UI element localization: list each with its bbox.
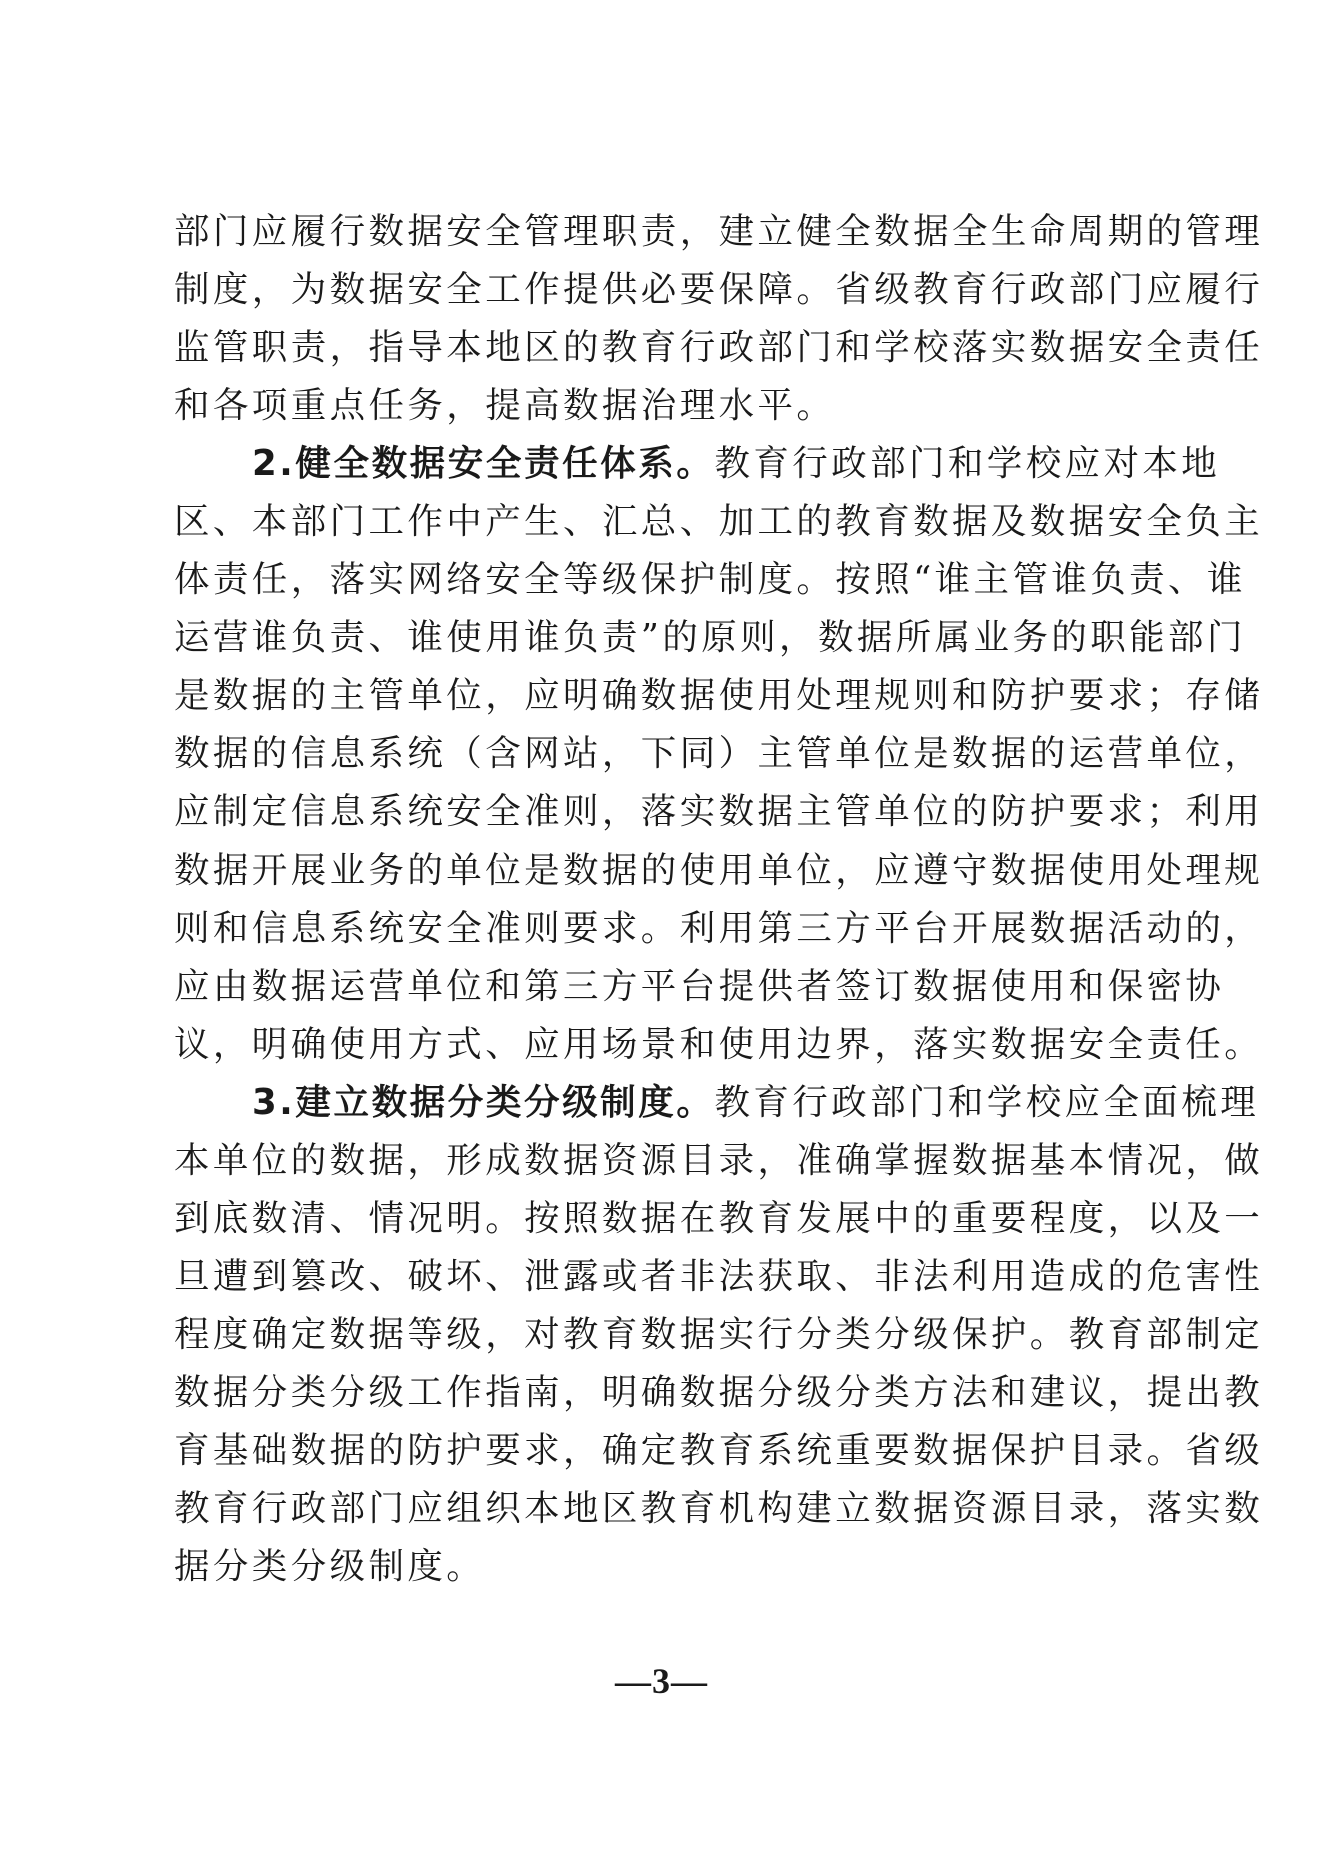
paragraph-line: 本单位的数据，形成数据资源目录，准确掌握数据基本情况，做: [174, 1132, 1164, 1190]
paragraph-line: 教育行政部门应组织本地区教育机构建立数据资源目录，落实数: [174, 1480, 1164, 1538]
paragraph-line: 监管职责，指导本地区的教育行政部门和学校落实数据安全责任: [174, 319, 1164, 377]
paragraph-line: 部门应履行数据安全管理职责，建立健全数据全生命周期的管理: [174, 203, 1164, 261]
section-3-first-line-text: 教育行政部门和学校应全面梳理: [715, 1082, 1260, 1123]
section-3-heading: 3.建立数据分类分级制度。: [252, 1082, 715, 1123]
paragraph-line: 和各项重点任务，提高数据治理水平。: [174, 377, 1164, 435]
document-page: 部门应履行数据安全管理职责，建立健全数据全生命周期的管理 制度，为数据安全工作提…: [0, 0, 1323, 1871]
paragraph-line: 程度确定数据等级，对教育数据实行分类分级保护。教育部制定: [174, 1306, 1164, 1364]
paragraph-line: 运营谁负责、谁使用谁负责”的原则，数据所属业务的职能部门: [174, 609, 1164, 667]
paragraph-line: 区、本部门工作中产生、汇总、加工的教育数据及数据安全负主: [174, 493, 1164, 551]
section-2-heading: 2.健全数据安全责任体系。: [252, 443, 715, 484]
paragraph-line: 育基础数据的防护要求，确定教育系统重要数据保护目录。省级: [174, 1422, 1164, 1480]
paragraph-line: 议，明确使用方式、应用场景和使用边界，落实数据安全责任。: [174, 1016, 1164, 1074]
paragraph-line: 是数据的主管单位，应明确数据使用处理规则和防护要求；存储: [174, 667, 1164, 725]
paragraph-line: 数据的信息系统（含网站，下同）主管单位是数据的运营单位，: [174, 725, 1164, 783]
page-number: —3—: [0, 1660, 1323, 1702]
body-text: 部门应履行数据安全管理职责，建立健全数据全生命周期的管理 制度，为数据安全工作提…: [174, 203, 1164, 1596]
paragraph-line: 旦遭到篡改、破坏、泄露或者非法获取、非法利用造成的危害性: [174, 1248, 1164, 1306]
paragraph-line: 数据分类分级工作指南，明确数据分级分类方法和建议，提出教: [174, 1364, 1164, 1422]
paragraph-line: 数据开展业务的单位是数据的使用单位，应遵守数据使用处理规: [174, 842, 1164, 900]
paragraph-line: 到底数清、情况明。按照数据在教育发展中的重要程度，以及一: [174, 1190, 1164, 1248]
paragraph-line: 体责任，落实网络安全等级保护制度。按照“谁主管谁负责、谁: [174, 551, 1164, 609]
paragraph-line: 应制定信息系统安全准则，落实数据主管单位的防护要求；利用: [174, 783, 1164, 841]
section-2-first-line-text: 教育行政部门和学校应对本地: [715, 443, 1221, 484]
paragraph-line: 则和信息系统安全准则要求。利用第三方平台开展数据活动的，: [174, 900, 1164, 958]
paragraph-line: 应由数据运营单位和第三方平台提供者签订数据使用和保密协: [174, 958, 1164, 1016]
section-3-first-line: 3.建立数据分类分级制度。教育行政部门和学校应全面梳理: [174, 1074, 1164, 1132]
paragraph-line: 据分类分级制度。: [174, 1538, 1164, 1596]
paragraph-line: 制度，为数据安全工作提供必要保障。省级教育行政部门应履行: [174, 261, 1164, 319]
section-2-first-line: 2.健全数据安全责任体系。教育行政部门和学校应对本地: [174, 435, 1164, 493]
